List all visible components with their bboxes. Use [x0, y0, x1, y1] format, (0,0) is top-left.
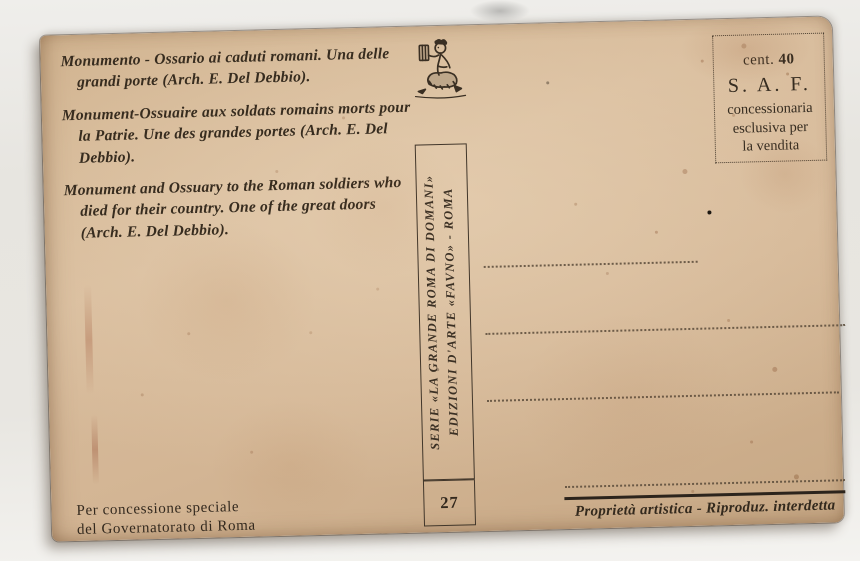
address-line-4: [565, 479, 845, 488]
stain: [91, 414, 99, 484]
price-label: cent.: [743, 52, 775, 69]
agency-line3: la vendita: [716, 136, 826, 157]
scanned-postcard-back: { "card": { "captions": [ { "lang": "ita…: [0, 0, 860, 561]
caption-french: Monument-Ossuaire aux soldats romains mo…: [62, 96, 417, 169]
address-line-3: [487, 391, 839, 402]
publisher-strip-text: SERIE «LA GRANDE ROMA DI DOMANI» EDIZION…: [419, 143, 471, 480]
postcard-back: Monumento - Ossario ai caduti romani. Un…: [40, 16, 844, 541]
agency-line1: concessionaria: [715, 99, 825, 120]
caption-italian: Monumento - Ossario ai caduti romani. Un…: [60, 43, 415, 94]
stain: [517, 309, 741, 494]
faun-logo-icon: [406, 33, 472, 103]
concession-line2: del Governatorato di Roma: [77, 517, 256, 540]
foxing-specks: [40, 36, 43, 39]
caption-english: Monument and Ossuary to the Roman soldie…: [63, 171, 418, 244]
address-line-1: [484, 261, 698, 268]
price-value: 40: [778, 51, 794, 67]
scan-crease: [470, 0, 530, 22]
concession-notice: Per concessione speciale del Governatora…: [76, 498, 256, 540]
caption-block: Monumento - Ossario ai caduti romani. Un…: [60, 43, 419, 256]
series-number: 27: [440, 493, 459, 513]
series-number-box: 27: [423, 479, 476, 526]
stamp-box: cent. 40 S. A. F. concessionaria esclusi…: [712, 33, 827, 164]
stain: [84, 285, 94, 395]
agency-name: S. A. F.: [714, 73, 825, 99]
ink-spot: [707, 210, 711, 214]
copyright-notice: Proprietà artistica - Riproduz. interdet…: [565, 497, 846, 521]
price-line: cent. 40: [714, 51, 824, 71]
address-line-2: [485, 324, 845, 335]
